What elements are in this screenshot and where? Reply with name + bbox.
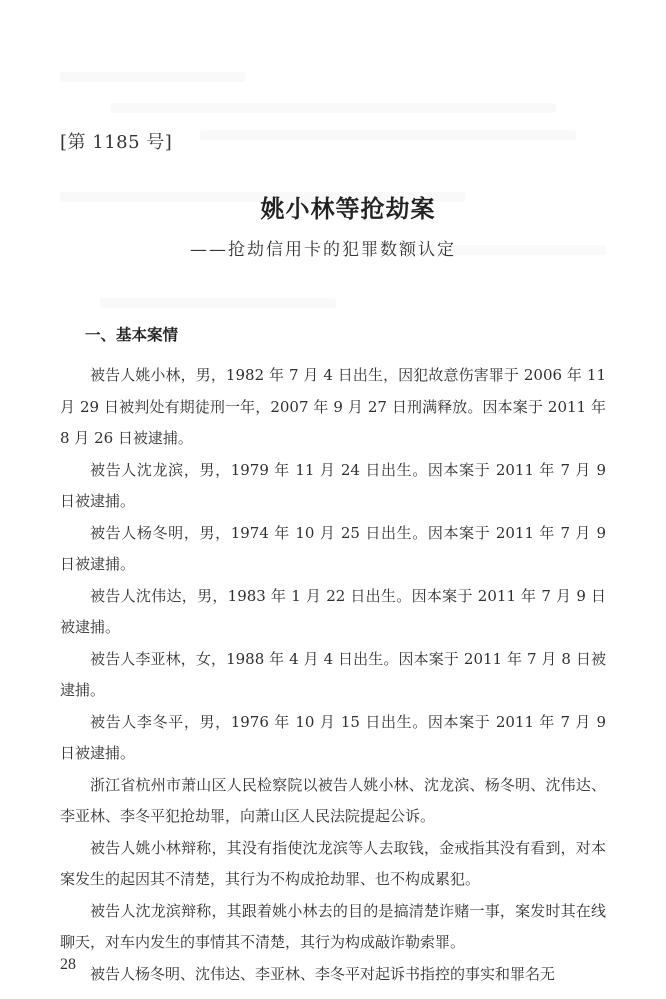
paragraph: 被告人沈龙滨，男，1979 年 11 月 24 日出生。因本案于 2011 年 … [60, 455, 606, 518]
section-heading: 一、基本案情 [85, 323, 178, 345]
paragraph: 被告人杨冬明、沈伟达、李亚林、李冬平对起诉书指控的事实和罪名无 [60, 959, 606, 991]
paragraph: 浙江省杭州市萧山区人民检察院以被告人姚小林、沈龙滨、杨冬明、沈伟达、李亚林、李冬… [60, 770, 606, 833]
bleed-through [110, 103, 556, 113]
paragraph: 被告人沈龙滨辩称，其跟着姚小林去的目的是搞清楚诈赌一事，案发时其在线聊天，对车内… [60, 896, 606, 959]
body-text: 被告人姚小林，男，1982 年 7 月 4 日出生，因犯故意伤害罪于 2006 … [60, 360, 606, 990]
bleed-through [60, 72, 246, 82]
bleed-through [200, 130, 576, 140]
paragraph: 被告人姚小林，男，1982 年 7 月 4 日出生，因犯故意伤害罪于 2006 … [60, 360, 606, 455]
paragraph: 被告人沈伟达，男，1983 年 1 月 22 日出生。因本案于 2011 年 7… [60, 581, 606, 644]
paragraph: 被告人姚小林辩称，其没有指使沈龙滨等人去取钱，金戒指其没有看到，对本案发生的起因… [60, 833, 606, 896]
bleed-through [430, 245, 606, 255]
case-number: [第 1185 号] [60, 128, 172, 154]
paragraph: 被告人李冬平，男，1976 年 10 月 15 日出生。因本案于 2011 年 … [60, 707, 606, 770]
paragraph: 被告人李亚林，女，1988 年 4 月 4 日出生。因本案于 2011 年 7 … [60, 644, 606, 707]
page-title: 姚小林等抢劫案 [0, 189, 666, 224]
page-subtitle: ——抢劫信用卡的犯罪数额认定 [190, 235, 456, 260]
page-number: 28 [60, 956, 76, 974]
paragraph: 被告人杨冬明，男，1974 年 10 月 25 日出生。因本案于 2011 年 … [60, 518, 606, 581]
bleed-through [100, 298, 336, 308]
